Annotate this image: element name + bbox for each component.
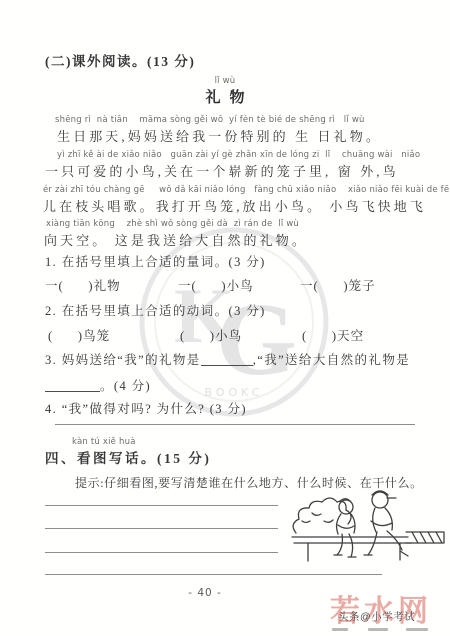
- answer-line: [45, 528, 278, 529]
- watermark-overlay-text: 头条@小学考试: [338, 609, 415, 624]
- answer-blank: [45, 379, 100, 392]
- question-3-part2: ,“我”送给大自然的礼物是: [253, 353, 410, 367]
- verb-item: ( )小鸟: [180, 326, 242, 344]
- writing-section-pinyin: kàn tú xiě huà: [72, 437, 136, 447]
- answer-line: [45, 574, 382, 575]
- question-3-line1: 3. 妈妈送给“我”的礼物是,“我”送给大自然的礼物是: [45, 350, 410, 368]
- question-4-label: 4. “我”做得对吗? 为什么? (3 分): [45, 399, 247, 417]
- passage-pinyin-line: ér zài zhī tóu chàng gē wǒ dǎ kāi niǎo l…: [43, 185, 450, 195]
- reading-section-header: (二)课外阅读。(13 分): [45, 50, 195, 70]
- verb-item: ( )鸟笼: [48, 326, 110, 344]
- question-3-part3: 。(4 分): [100, 379, 151, 393]
- passage-text-line: 向天空。 这是我送给大自然的礼物。: [44, 230, 308, 249]
- watermark-smudge: [368, 628, 388, 631]
- question-1-label: 1. 在括号里填上合适的量词。(3 分): [45, 252, 266, 270]
- writing-prompt-illustration: [288, 481, 448, 569]
- passage-pinyin-line: yì zhī kě ài de xiǎo niǎo guān zài yí gè…: [57, 150, 420, 160]
- passage-text-line: 一只可爱的小鸟,关在一个崭新的笼子里, 窗 外,鸟: [45, 161, 399, 180]
- question-2-label: 2. 在括号里填上合适的动词。(3 分): [45, 301, 266, 319]
- answer-line: [55, 424, 415, 425]
- measure-word-item: 一( )礼物: [45, 276, 121, 294]
- passage-pinyin-line: shēng rì nà tiān māma sòng gěi wǒ yí fèn…: [55, 115, 365, 125]
- passage-pinyin-line: xiàng tiān kōng zhè shì wǒ sòng gěi dà z…: [46, 219, 299, 229]
- measure-word-item: 一( )笼子: [300, 276, 376, 294]
- corner-watermark: 若水网 头条@小学考试: [330, 597, 450, 633]
- watermark-smudge: [332, 628, 348, 631]
- passage-title-pinyin: lǐ wù: [0, 76, 450, 86]
- watermark-smudge: [406, 628, 428, 631]
- writing-section-header: 四、看图写话。(15 分): [45, 447, 211, 467]
- verb-item: ( )天空: [302, 326, 364, 344]
- question-3-line2: 。(4 分): [45, 376, 151, 394]
- watermark-arc-text: BOOKC: [205, 386, 264, 399]
- passage-text-line: 儿在枝头唱歌。我打开鸟笼,放出小鸟。 小鸟飞快地飞: [43, 196, 426, 215]
- worksheet-page: K G BOOKC (二)课外阅读。(13 分) lǐ wù 礼物 shēng …: [0, 0, 450, 636]
- passage-text-line: 生日那天,妈妈送给我一份特别的 生 日礼物。: [57, 126, 382, 145]
- passage-title: 礼物: [0, 86, 450, 107]
- answer-blank: [201, 353, 253, 366]
- answer-line: [45, 552, 278, 553]
- answer-line: [45, 505, 278, 506]
- measure-word-item: 一( )小鸟: [178, 276, 254, 294]
- question-3-part1: 3. 妈妈送给“我”的礼物是: [45, 353, 201, 367]
